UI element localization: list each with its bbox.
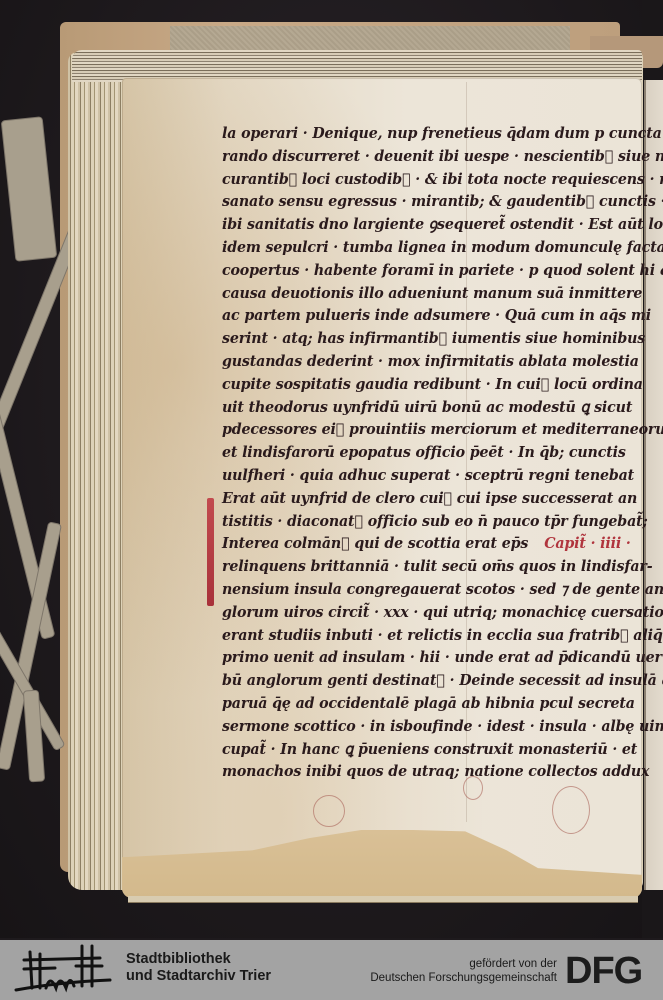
library-name-line1: Stadtbibliothek — [126, 951, 271, 968]
library-name: Stadtbibliothek und Stadtarchiv Trier — [126, 951, 271, 985]
institution-banner: Stadtbibliothek und Stadtarchiv Trier ge… — [0, 940, 663, 1000]
text-line: monachos inibi quos de utraq; natione co… — [222, 761, 647, 785]
text-line-content: Interea colmān᷒ qui de scottia erat ep̄s — [222, 536, 528, 553]
text-line: ibi sanitatis dno largiente ꝯsequeret̃ o… — [222, 214, 647, 238]
stadtbibliothek-trier-logo-icon — [10, 942, 118, 998]
text-line: curantib᷒ loci custodib᷒ · & ibi tota no… — [222, 168, 647, 192]
text-line: serint · atq; has infirmantib᷒ iumentis … — [222, 328, 647, 352]
text-line: uit theodorus uynfridū uirū bonū ac mode… — [222, 396, 647, 420]
binding-strap — [0, 382, 55, 640]
dfg-logo-icon: DFG — [565, 953, 642, 989]
text-line: primo uenit ad insulam · hii · unde erat… — [222, 647, 647, 671]
text-line: nensium insula congregauerat scotos · se… — [222, 578, 647, 602]
text-line: glorum uiros circit̃ · xxx · qui utriq; … — [222, 601, 647, 625]
margin-sketch-circle — [313, 795, 345, 827]
margin-sketch-circle — [552, 786, 590, 834]
text-line: pdecessores ei᷒ prouintiis merciorum et … — [222, 419, 647, 443]
text-line: tistitis · diaconat᷒ officio sub eo n̄ p… — [222, 510, 647, 534]
manuscript-scan: la operari · Denique, nup frenetieus q̄d… — [0, 0, 663, 938]
binding-strap — [1, 116, 58, 262]
funding-note-line2: Deutschen Forschungsgemeinschaft — [370, 971, 557, 985]
text-line: bū anglorum genti destinat᷒ · Deinde sec… — [222, 670, 647, 694]
text-line: sanato sensu egressus · mirantib; & gaud… — [222, 191, 647, 215]
page-bottom-edge — [128, 896, 638, 903]
text-line: et lindisfarorū epopatus officio p̄eēt ·… — [222, 442, 647, 466]
text-line: cupat̃ · In hanc ꝗ p̄ueniens construxit … — [222, 738, 647, 762]
text-line: erant studiis inbuti · et relictis in ec… — [222, 624, 647, 648]
text-line: relinquens brittanniā · tulit secū om̄s … — [222, 556, 647, 580]
text-line: cupite sospitatis gaudia redibunt · In c… — [222, 373, 647, 397]
library-name-line2: und Stadtarchiv Trier — [126, 968, 271, 985]
text-line: sermone scottico · in isboufinde · idest… — [222, 715, 647, 739]
text-line: coopertus · habente foramī in pariete · … — [222, 259, 647, 283]
text-line: rando discurreret · deuenit ibi uespe · … — [222, 145, 647, 169]
text-line: gustandas dederint · mox infirmitatis ab… — [222, 350, 647, 374]
text-line: paruā q̄ę ad occidentalē plagā ab hibnia… — [222, 692, 647, 716]
text-line: Interea colmān᷒ qui de scottia erat ep̄s… — [222, 533, 647, 557]
text-line: idem sepulcri · tumba lignea in modum do… — [222, 236, 647, 260]
text-line: ac partem pulueris inde adsumere · Quā c… — [222, 305, 647, 329]
text-line: causa deuotionis illo adueniunt manum su… — [222, 282, 647, 306]
chapter-heading: Capit̃ · iiii · — [544, 536, 631, 553]
text-line: uulfheri · quia adhuc superat · sceptrū … — [222, 464, 647, 488]
text-line: Erat aūt uynfrid de clero cui᷒ cui ipse … — [222, 487, 647, 511]
funding-note: gefördert von der Deutschen Forschungsge… — [370, 957, 557, 985]
manuscript-text: la operari · Denique, nup frenetieus q̄d… — [222, 123, 647, 784]
funding-note-line1: gefördert von der — [370, 957, 557, 971]
text-line: la operari · Denique, nup frenetieus q̄d… — [222, 122, 647, 146]
decorated-initial — [207, 498, 214, 606]
